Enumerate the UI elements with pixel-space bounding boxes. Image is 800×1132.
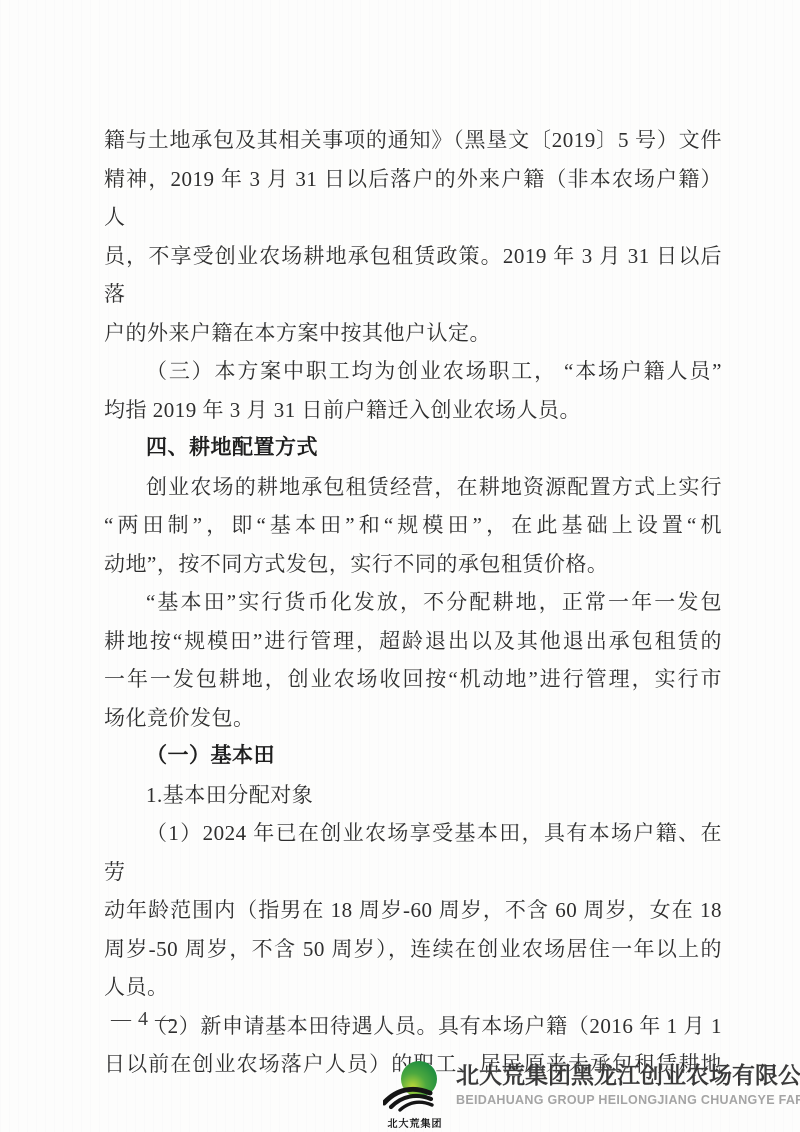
text-line: （2）新申请基本田待遇人员。具有本场户籍（2016 年 1 月 1 [104,1007,722,1046]
list-item-allocation-targets: 1.基本田分配对象 [104,776,722,815]
scanned-document-page: 籍与土地承包及其相关事项的通知》（黑垦文〔2019〕5 号）文件 精神，2019… [0,0,800,1132]
text-line: 一年一发包耕地，创业农场收回按“机动地”进行管理，实行市 [104,660,722,699]
subsection-heading-basic-field: （一）基本田 [104,737,722,776]
company-name-chinese: 北大荒集团黑龙江创业农场有限公司 [456,1060,800,1090]
text-line: 员，不享受创业农场耕地承包租赁政策。2019 年 3 月 31 日以后落 [104,237,722,314]
document-body: 籍与土地承包及其相关事项的通知》（黑垦文〔2019〕5 号）文件 精神，2019… [104,121,722,1084]
text-line: 动年龄范围内（指男在 18 周岁-60 周岁，不含 60 周岁，女在 18 [104,891,722,930]
text-line: 动地”，按不同方式发包，实行不同的承包租赁价格。 [104,545,722,584]
footer-company-logo: 北大荒集团 北大荒集团黑龙江创业农场有限公司 BEIDAHUANG GROUP … [383,1060,800,1130]
text-line: 籍与土地承包及其相关事项的通知》（黑垦文〔2019〕5 号）文件 [104,121,722,160]
text-line: 周岁-50 周岁，不含 50 周岁），连续在创业农场居住一年以上的 [104,930,722,969]
logo-wordmark: 北大荒集团黑龙江创业农场有限公司 BEIDAHUANG GROUP HEILON… [456,1060,800,1108]
text-line: 耕地按“规模田”进行管理，超龄退出以及其他退出承包租赁的 [104,622,722,661]
text-line: 场化竞价发包。 [104,699,722,738]
text-line: 精神，2019 年 3 月 31 日以后落户的外来户籍（非本农场户籍）人 [104,160,722,237]
text-line: （1）2024 年已在创业农场享受基本田，具有本场户籍、在劳 [104,814,722,891]
text-line: 创业农场的耕地承包租赁经营，在耕地资源配置方式上实行 [104,468,722,507]
text-line: 均指 2019 年 3 月 31 日前户籍迁入创业农场人员。 [104,391,722,430]
text-line: （三）本方案中职工均为创业农场职工， “本场户籍人员” [104,352,722,391]
text-line: 人员。 [104,968,722,1007]
beidahuang-logo-mark: 北大荒集团 [383,1060,447,1130]
page-number: — 4 — [111,1008,176,1031]
text-line: “两田制”，即“基本田”和“规模田”，在此基础上设置“机 [104,506,722,545]
logo-caption: 北大荒集团 [383,1115,447,1130]
beidahuang-logo-icon [383,1060,447,1112]
section-heading-land-allocation: 四、耕地配置方式 [104,429,722,468]
company-name-english: BEIDAHUANG GROUP HEILONGJIANG CHUANGYE F… [456,1092,800,1108]
text-line: 户的外来户籍在本方案中按其他户认定。 [104,314,722,353]
text-line: “基本田”实行货币化发放，不分配耕地，正常一年一发包 [104,583,722,622]
